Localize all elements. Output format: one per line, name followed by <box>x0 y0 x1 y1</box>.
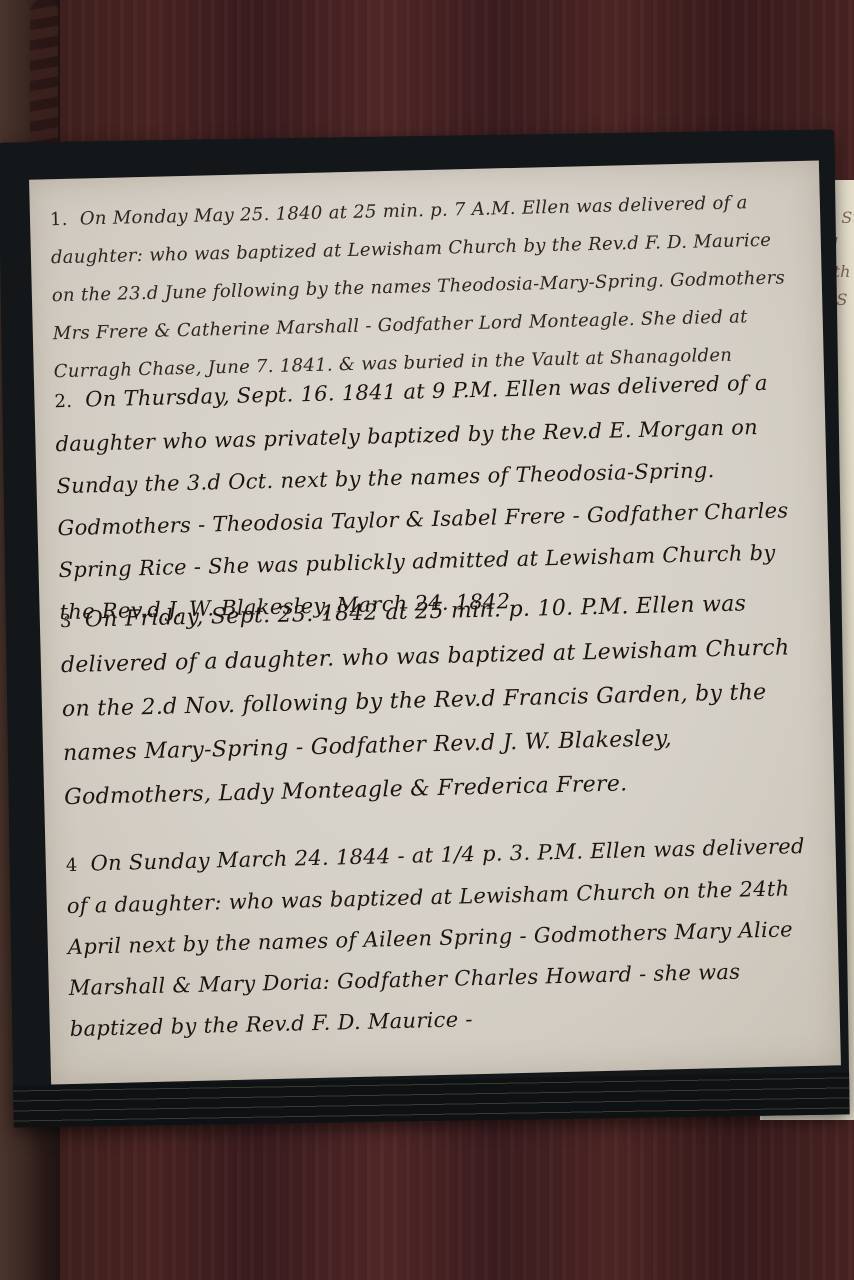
entry-number: 1. <box>50 209 68 230</box>
register-entry: 4 On Sunday March 24. 1844 - at 1/4 p. 3… <box>65 826 818 1050</box>
entry-number: 3 <box>60 611 72 632</box>
entry-number: 2. <box>54 391 72 412</box>
register-entry: 3 On Friday, Sept. 23. 1842 at 25 min. p… <box>59 581 812 820</box>
entry-text: On Sunday March 24. 1844 - at 1/4 p. 3. … <box>67 834 805 1041</box>
handwritten-page: 1. On Monday May 25. 1840 at 25 min. p. … <box>29 160 841 1084</box>
register-entry: 1. On Monday May 25. 1840 at 25 min. p. … <box>50 183 802 391</box>
entry-number: 4 <box>66 855 78 876</box>
entry-text: On Friday, Sept. 23. 1842 at 25 min. p. … <box>61 591 790 810</box>
entry-text: On Monday May 25. 1840 at 25 min. p. 7 A… <box>51 192 786 382</box>
